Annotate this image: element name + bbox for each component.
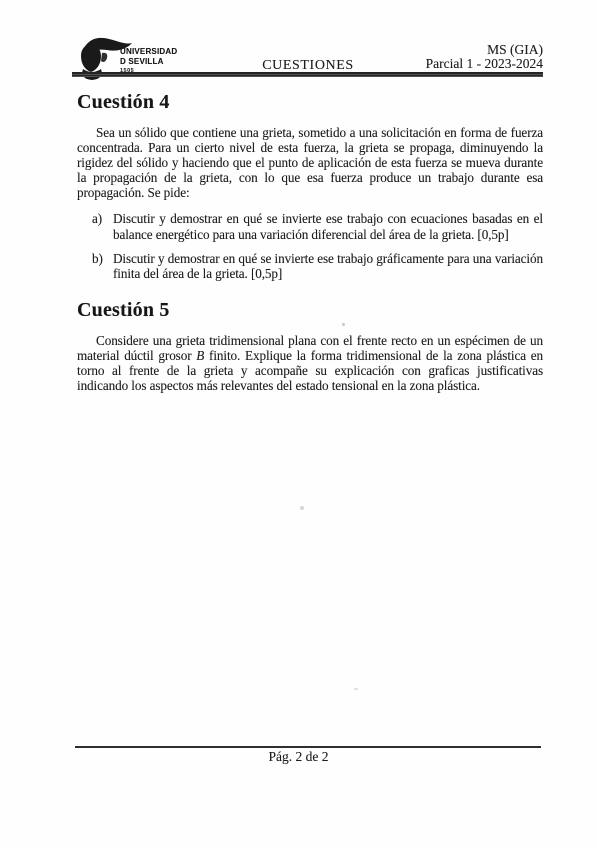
scan-speck <box>354 688 358 690</box>
question-4-items: a) Discutir y demostrar en qué se invier… <box>77 211 543 281</box>
question-5-paragraph: Considere una grieta tridimensional plan… <box>77 333 543 393</box>
document-page: UNIVERSIDAD D SEVILLA 1505 CUESTIONES MS… <box>0 0 597 848</box>
item-b-text: Discutir y demostrar en qué se invierte … <box>113 251 543 281</box>
item-a-label: a) <box>92 211 102 226</box>
exam-label: Parcial 1 - 2023-2024 <box>426 57 543 71</box>
footer-rule <box>75 746 541 748</box>
question-4-paragraph: Sea un sólido que contiene una grieta, s… <box>77 125 543 200</box>
document-body: Cuestión 4 Sea un sólido que contiene un… <box>77 91 543 393</box>
question-4-item-b: b) Discutir y demostrar en qué se invier… <box>77 251 543 282</box>
item-b-label: b) <box>92 251 103 266</box>
question-5-title: Cuestión 5 <box>77 299 543 322</box>
course-code: MS (GIA) <box>426 43 543 57</box>
page-number: Pág. 2 de 2 <box>0 749 597 765</box>
logo-line1: UNIVERSIDAD <box>120 47 177 57</box>
header-rule <box>72 72 543 77</box>
question-4-item-a: a) Discutir y demostrar en qué se invier… <box>77 211 543 242</box>
question-4-title: Cuestión 4 <box>77 91 543 114</box>
item-a-text: Discutir y demostrar en qué se invierte … <box>113 211 543 241</box>
scan-speck <box>342 323 345 326</box>
header-right-block: MS (GIA) Parcial 1 - 2023-2024 <box>426 43 543 71</box>
scan-speck <box>300 506 304 510</box>
